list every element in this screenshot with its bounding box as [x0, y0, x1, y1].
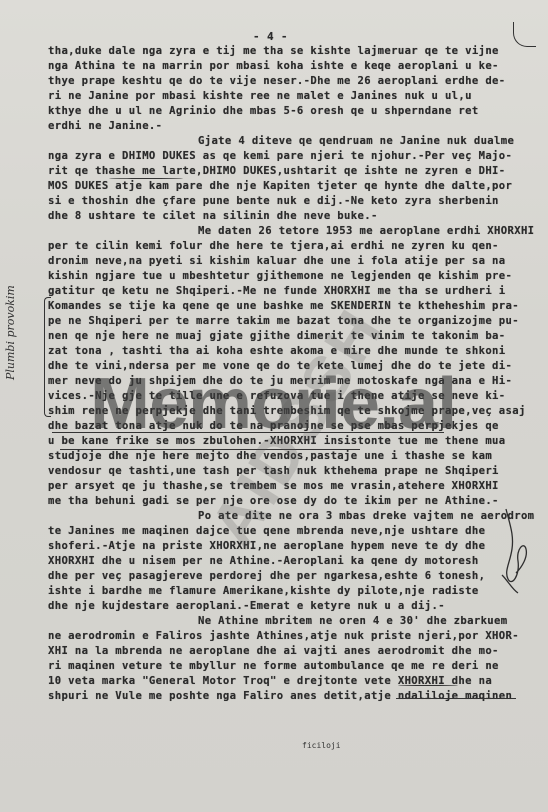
handwritten-underline [396, 698, 516, 699]
typed-line: Ne Athine mbritem ne oren 4 e 30' dhe zb… [48, 614, 534, 629]
handwritten-underline [398, 685, 458, 686]
handwritten-margin-note: Plumbi provokim [4, 285, 17, 380]
typed-line: nen qe nje here ne muaj gjate gjithe dim… [48, 329, 534, 344]
typed-line: ishte i bardhe me flamure Amerikane,kish… [48, 584, 534, 599]
typed-line: gatitur qe ketu ne Shqiperi.-Me ne funde… [48, 284, 534, 299]
page-number: - 4 - [253, 29, 288, 44]
typed-line: Me daten 26 tetore 1953 me aeroplane erd… [48, 224, 534, 239]
handwritten-bracket [44, 297, 51, 417]
typed-line: MOS DUKES atje kam pare dhe nje Kapiten … [48, 179, 534, 194]
typed-line: nga zyra e DHIMO DUKES as qe kemi pare n… [48, 149, 534, 164]
document-page: - 4 - tha,duke dale nga zyra e tij me th… [0, 0, 548, 812]
typed-line: 10 veta marka "General Motor Troq" e dre… [48, 674, 534, 689]
typed-line: nga Athina te na marrin por mbasi koha i… [48, 59, 534, 74]
typed-line: ne aerodromin e Faliros jashte Athines,a… [48, 629, 534, 644]
typed-line: si e thoshin dhe çfare pune bente nuk e … [48, 194, 534, 209]
typed-line: Komandes se tije ka qene qe une bashke m… [48, 299, 534, 314]
typed-line: erdhi ne Janine.- [48, 119, 534, 134]
typed-line: thye prape keshtu qe do te vije neser.-D… [48, 74, 534, 89]
typed-line: pe ne Shqiperi per te marre takim me baz… [48, 314, 534, 329]
typed-line: tha,duke dale nga zyra e tij me tha se k… [48, 44, 534, 59]
typed-line: dhe 8 ushtare te cilet na silinin dhe ne… [48, 209, 534, 224]
typed-line: per te cilin kemi folur dhe here te tjer… [48, 239, 534, 254]
typed-footer-mark: ficiloji [302, 741, 341, 750]
typed-line: kishin ngjare tue u mbeshtetur gjithemon… [48, 269, 534, 284]
typed-line: Po ate dite ne ora 3 mbas dreke vajtem n… [48, 509, 534, 524]
typed-line: ri ne Janine por mbasi kishte ree ne mal… [48, 89, 534, 104]
typed-line: rit qe thashe me larte,DHIMO DUKES,ushta… [48, 164, 534, 179]
typed-line: shoferi.-Atje na priste XHORXHI,ne aerop… [48, 539, 534, 554]
typed-line: ri maqinen veture te mbyllur ne forme au… [48, 659, 534, 674]
typed-line: XHI na la mbrenda ne aeroplane dhe ai va… [48, 644, 534, 659]
typed-line: shpuri ne Vule me poshte nga Faliro anes… [48, 689, 534, 704]
typed-line: dronim neve,na pyeti si kishim kaluar dh… [48, 254, 534, 269]
typed-line: Gjate 4 diteve qe qendruam ne Janine nuk… [48, 134, 534, 149]
typed-line: te Janines me maqinen dajce tue qene mbr… [48, 524, 534, 539]
handwritten-underline [109, 178, 183, 179]
typed-line: dhe nje kujdestare aeroplani.-Emerat e k… [48, 599, 534, 614]
handwritten-signature [500, 505, 530, 595]
typed-line: dhe per veç pasagjereve perdorej dhe per… [48, 569, 534, 584]
typed-line: kthye dhe u ul ne Agrinio dhe mbas 5-6 o… [48, 104, 534, 119]
typed-line: zat tona , tashti tha ai koha eshte akom… [48, 344, 534, 359]
typed-line: XHORXHI dhe u nisem per ne Athine.-Aerop… [48, 554, 534, 569]
